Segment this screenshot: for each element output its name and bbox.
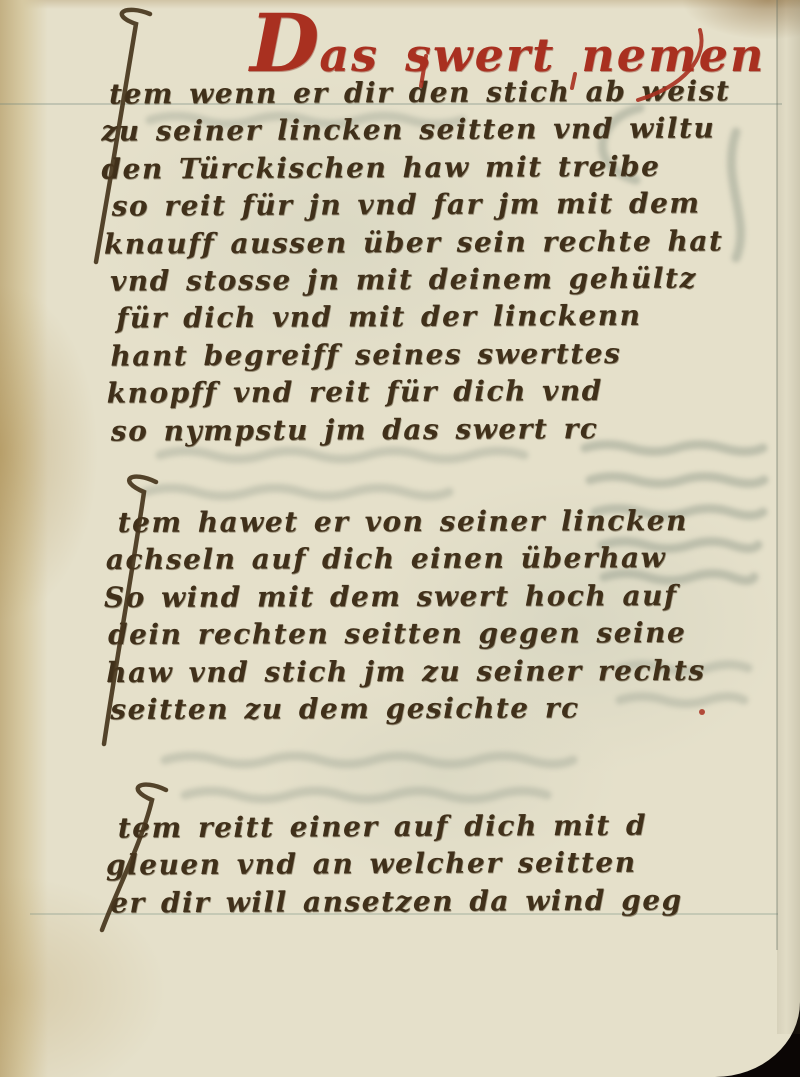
text-line: haw vnd stich jm zu seiner rechts bbox=[106, 654, 706, 693]
manuscript-page: Das swert nemen tem wenn er dir den stic… bbox=[0, 0, 800, 1077]
text-line: den Türckischen haw mit treibe bbox=[101, 149, 730, 190]
paragraph-1: tem wenn er dir den stich ab weist zu se… bbox=[101, 74, 732, 451]
text-line: tem wenn er dir den stich ab weist bbox=[109, 74, 730, 115]
text-line: zu seiner lincken seitten vnd wiltu bbox=[101, 112, 730, 153]
text-line: knopff vnd reit für dich vnd bbox=[107, 373, 732, 414]
text-line: achseln auf dich einen überhaw bbox=[106, 541, 706, 580]
text-line: dein rechten seitten gegen seine bbox=[108, 616, 706, 655]
text-line: tem hawet er von seiner lincken bbox=[118, 504, 706, 543]
text-line: hant begreiff seines swerttes bbox=[110, 336, 731, 377]
text-line: so nympstu jm das swert rc bbox=[111, 411, 732, 452]
text-line: knauff aussen über sein rechte hat bbox=[104, 224, 731, 265]
text-line: seitten zu dem gesichte rc bbox=[110, 691, 706, 730]
text-line: gleuen vnd an welcher seitten bbox=[106, 846, 683, 886]
text-line: er dir will ansetzen da wind geg bbox=[110, 883, 683, 923]
paragraph-2: tem hawet er von seiner lincken achseln … bbox=[104, 504, 706, 730]
text-line: So wind mit dem swert hoch auf bbox=[104, 579, 706, 618]
text-line: für dich vnd mit der linckenn bbox=[116, 299, 731, 340]
page-edge bbox=[777, 0, 800, 1034]
text-line: so reit für jn vnd far jm mit dem bbox=[112, 187, 731, 228]
text-line: tem reitt einer auf dich mit d bbox=[118, 808, 683, 848]
paragraph-3: tem reitt einer auf dich mit d gleuen vn… bbox=[106, 808, 683, 923]
text-line: vnd stosse jn mit deinem gehültz bbox=[110, 261, 731, 302]
